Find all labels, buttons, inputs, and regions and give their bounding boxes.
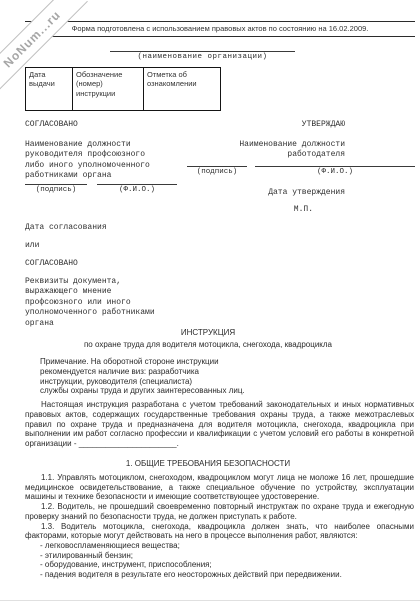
title-line1: ИНСТРУКЦИЯ — [0, 327, 416, 339]
watermark-text: NoNum...ru — [1, 8, 64, 71]
hazard-item: - этилированный бензин; — [25, 551, 414, 561]
col-issue-date: Дата выдачи — [26, 68, 73, 111]
title-line2: по охране труда для водителя мотоцикла, … — [0, 339, 416, 351]
form-note-bar: Форма подготовлена с использованием прав… — [25, 21, 415, 37]
union-name-line: (Ф.И.О.) — [97, 184, 177, 194]
paragraph-1-1: 1.1. Управлять мотоциклом, снегоходом, к… — [25, 473, 414, 502]
section1-body: 1.1. Управлять мотоциклом, снегоходом, к… — [25, 473, 414, 580]
issue-table: Дата выдачи Обозначение (номер) инструкц… — [25, 67, 221, 111]
form-note-text: Форма подготовлена с использованием прав… — [72, 24, 369, 33]
document-title: ИНСТРУКЦИЯ по охране труда для водителя … — [0, 327, 416, 350]
employer-position-text: Наименование должности работодателя — [239, 140, 345, 161]
union-signature-row: (подпись) (Ф.И.О.) — [25, 184, 177, 194]
approve-label: УТВЕРЖДАЮ — [302, 120, 345, 130]
employer-signature-row: (подпись) (Ф.И.О.) — [187, 166, 415, 176]
col-acknowledgement: Отметка об ознакомлении — [144, 68, 221, 111]
table-header-row: Дата выдачи Обозначение (номер) инструкц… — [26, 68, 221, 111]
hazard-item: - легковоспламеняющиеся вещества; — [25, 541, 414, 551]
approve-date-label: Дата утверждения — [268, 188, 345, 198]
intro-paragraph: Настоящая инструкция разработана с учето… — [25, 400, 414, 449]
employer-name-line: (Ф.И.О.) — [255, 166, 415, 176]
agreed-label: СОГЛАСОВАНО — [25, 120, 78, 130]
col-instruction-number: Обозначение (номер) инструкции — [73, 68, 144, 111]
section1-heading: 1. ОБЩИЕ ТРЕБОВАНИЯ БЕЗОПАСНОСТИ — [0, 459, 416, 468]
document-page: NoNum...ru Форма подготовлена с использо… — [0, 0, 420, 601]
or-label: или — [25, 241, 39, 251]
requisites-text: Реквизиты документа, выражающего мнение … — [25, 277, 155, 329]
paragraph-1-2: 1.2. Водитель, не прошедший своевременно… — [25, 502, 414, 521]
agreed-label-2: СОГЛАСОВАНО — [25, 259, 78, 269]
union-position-text: Наименование должности руководителя проф… — [25, 140, 150, 182]
paragraph-1-3: 1.3. Водитель мотоцикла, снегохода, квад… — [25, 522, 414, 541]
hazard-item: - падения водителя в результате его неос… — [25, 570, 414, 580]
agree-date-label: Дата согласования — [25, 223, 107, 233]
organization-caption: (наименование организации) — [137, 53, 267, 61]
employer-signature-line: (подпись) — [187, 166, 247, 176]
union-signature-line: (подпись) — [25, 184, 87, 194]
stamp-label: М.П. — [294, 205, 313, 215]
note-text: Примечание. На оборотной стороне инструк… — [40, 357, 245, 396]
organization-name-line: (наименование организации) — [110, 51, 295, 61]
hazard-list: - легковоспламеняющиеся вещества; - этил… — [25, 541, 414, 580]
hazard-item: - оборудование, инструмент, приспособлен… — [25, 560, 414, 570]
